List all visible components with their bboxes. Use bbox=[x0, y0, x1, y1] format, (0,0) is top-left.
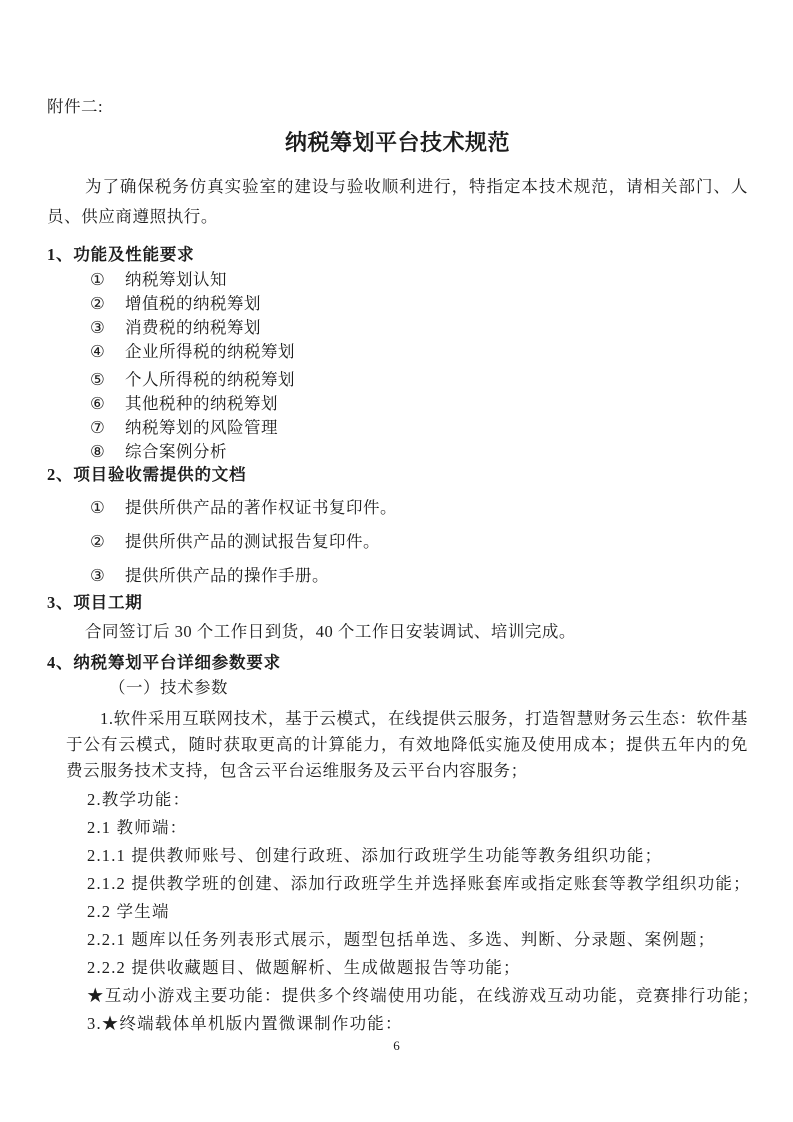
list-item-marker: ⑦ bbox=[90, 416, 125, 440]
list-item-marker: ⑤ bbox=[90, 368, 125, 392]
list-item-marker: ② bbox=[90, 292, 125, 316]
section4-heading: 4、纳税筹划平台详细参数要求 bbox=[47, 652, 748, 674]
list-item-text: 个人所得税的纳税筹划 bbox=[125, 370, 295, 389]
section1-heading: 1、功能及性能要求 bbox=[47, 244, 748, 266]
section4-paragraph: 1.软件采用互联网技术，基于云模式，在线提供云服务，打造智慧财务云生态：软件基于… bbox=[66, 706, 748, 784]
section4-subheading: （一）技术参数 bbox=[109, 676, 748, 700]
section3-body: 合同签订后 30 个工作日到货，40 个工作日安装调试、培训完成。 bbox=[47, 620, 748, 644]
spec-line: 2.2.2 提供收藏题目、做题解析、生成做题报告等功能； bbox=[87, 956, 748, 980]
spec-line: 2.教学功能： bbox=[87, 788, 748, 812]
list-item: ①提供所供产品的著作权证书复印件。 bbox=[47, 496, 748, 520]
spec-line: 2.1.2 提供教学班的创建、添加行政班学生并选择账套库或指定账套等教学组织功能… bbox=[87, 872, 748, 896]
list-item-marker: ③ bbox=[90, 564, 125, 588]
list-item: ⑧综合案例分析 bbox=[47, 440, 748, 464]
section2-heading: 2、项目验收需提供的文档 bbox=[47, 464, 748, 486]
spec-line: 3.★终端载体单机版内置微课制作功能： bbox=[87, 1012, 748, 1036]
list-item-text: 其他税种的纳税筹划 bbox=[125, 394, 278, 413]
list-item: ④企业所得税的纳税筹划 bbox=[47, 340, 748, 364]
section2-list: ①提供所供产品的著作权证书复印件。 ②提供所供产品的测试报告复印件。 ③提供所供… bbox=[47, 496, 748, 588]
page-number: 6 bbox=[0, 1038, 793, 1054]
spec-line: 2.2.1 题库以任务列表形式展示，题型包括单选、多选、判断、分录题、案例题； bbox=[87, 928, 748, 952]
list-item-marker: ② bbox=[90, 530, 125, 554]
list-item: ⑤个人所得税的纳税筹划 bbox=[47, 368, 748, 392]
list-item-text: 企业所得税的纳税筹划 bbox=[125, 342, 295, 361]
list-item-marker: ⑥ bbox=[90, 392, 125, 416]
list-item: ①纳税筹划认知 bbox=[47, 268, 748, 292]
page-title: 纳税筹划平台技术规范 bbox=[47, 128, 748, 158]
list-item-text: 提供所供产品的测试报告复印件。 bbox=[125, 532, 380, 551]
list-item: ②增值税的纳税筹划 bbox=[47, 292, 748, 316]
section1-list: ①纳税筹划认知 ②增值税的纳税筹划 ③消费税的纳税筹划 ④企业所得税的纳税筹划 … bbox=[47, 268, 748, 464]
list-item-text: 增值税的纳税筹划 bbox=[125, 294, 261, 313]
list-item-text: 纳税筹划的风险管理 bbox=[125, 418, 278, 437]
document-page: 附件二: 纳税筹划平台技术规范 为了确保税务仿真实验室的建设与验收顺利进行，特指… bbox=[0, 0, 793, 1122]
spec-line: 2.1 教师端： bbox=[87, 816, 748, 840]
document-content: 附件二: 纳税筹划平台技术规范 为了确保税务仿真实验室的建设与验收顺利进行，特指… bbox=[47, 0, 748, 1036]
list-item-marker: ① bbox=[90, 268, 125, 292]
spec-line: 2.1.1 提供教师账号、创建行政班、添加行政班学生功能等教务组织功能； bbox=[87, 844, 748, 868]
list-item-text: 纳税筹划认知 bbox=[125, 270, 227, 289]
list-item-marker: ③ bbox=[90, 316, 125, 340]
list-item-marker: ④ bbox=[90, 340, 125, 364]
list-item-text: 提供所供产品的著作权证书复印件。 bbox=[125, 498, 397, 517]
list-item-text: 综合案例分析 bbox=[125, 442, 227, 461]
section3-heading: 3、项目工期 bbox=[47, 592, 748, 614]
list-item-marker: ⑧ bbox=[90, 440, 125, 464]
list-item: ⑦纳税筹划的风险管理 bbox=[47, 416, 748, 440]
list-item-marker: ① bbox=[90, 496, 125, 520]
spec-line: ★互动小游戏主要功能：提供多个终端使用功能，在线游戏互动功能，竞赛排行功能； bbox=[87, 984, 748, 1008]
list-item: ③提供所供产品的操作手册。 bbox=[47, 564, 748, 588]
list-item: ③消费税的纳税筹划 bbox=[47, 316, 748, 340]
list-item-text: 消费税的纳税筹划 bbox=[125, 318, 261, 337]
list-item: ⑥其他税种的纳税筹划 bbox=[47, 392, 748, 416]
spec-line: 2.2 学生端 bbox=[87, 900, 748, 924]
list-item-text: 提供所供产品的操作手册。 bbox=[125, 566, 329, 585]
list-item: ②提供所供产品的测试报告复印件。 bbox=[47, 530, 748, 554]
attachment-label: 附件二: bbox=[47, 96, 748, 118]
intro-paragraph: 为了确保税务仿真实验室的建设与验收顺利进行，特指定本技术规范，请相关部门、人员、… bbox=[47, 172, 748, 232]
